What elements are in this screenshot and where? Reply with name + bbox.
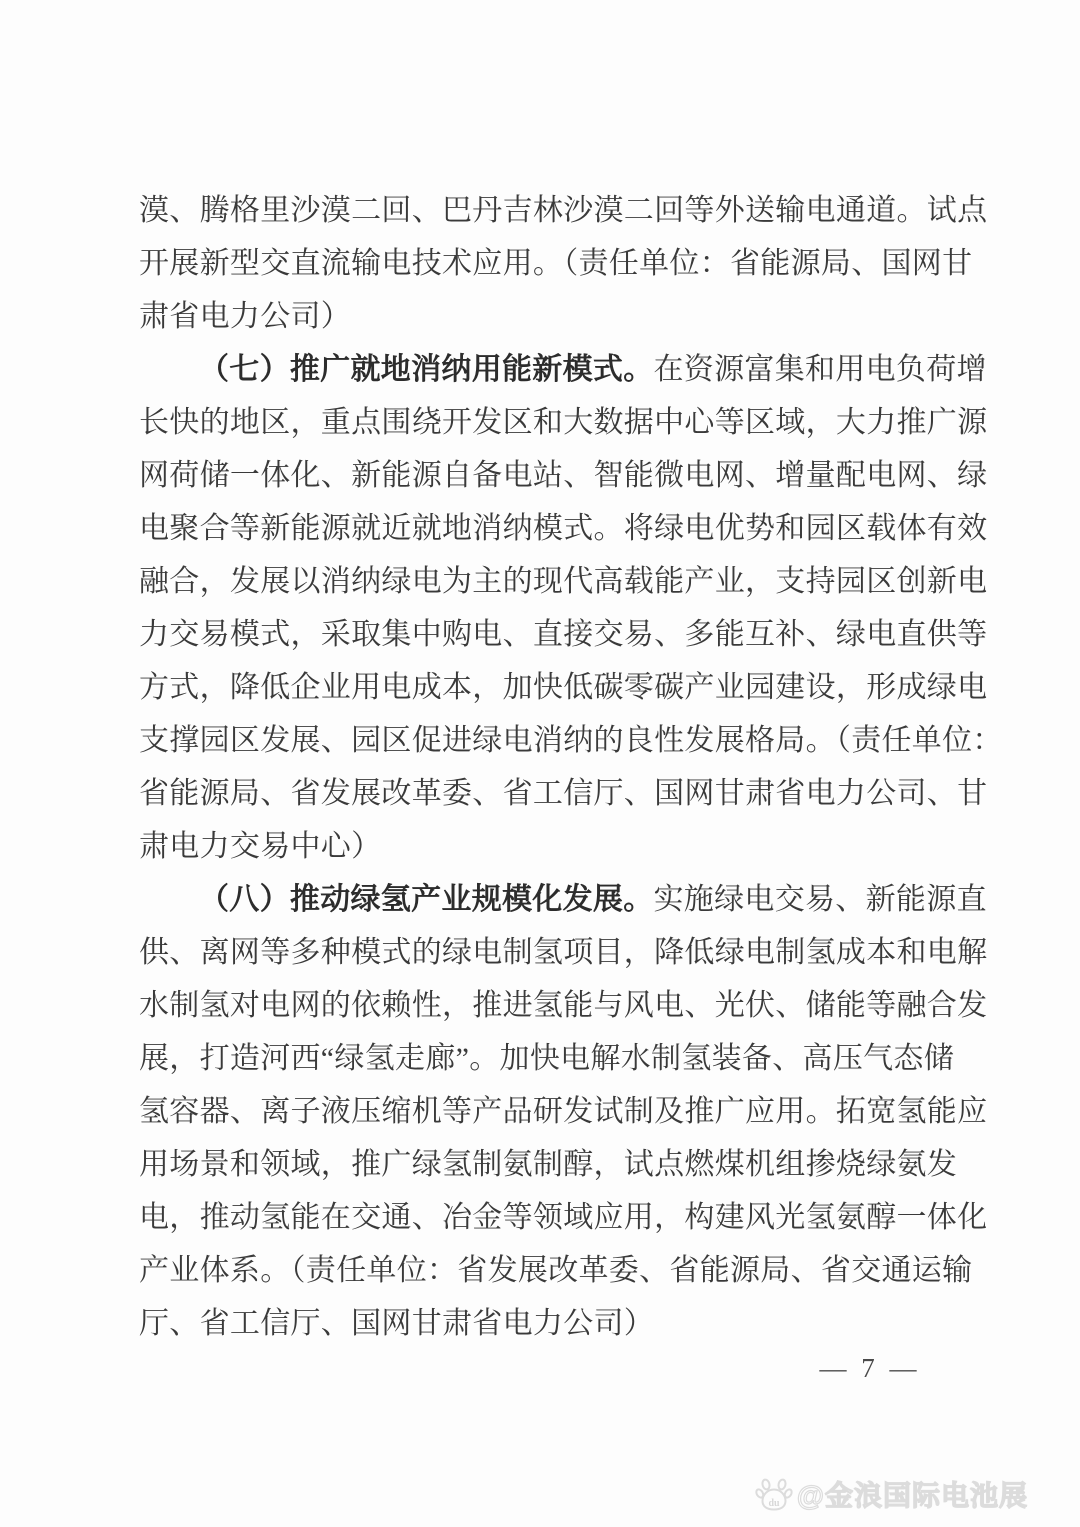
text-line: （八）推动绿氢产业规模化发展。实施绿电交易、新能源直 xyxy=(139,873,942,926)
text-line: 长快的地区，重点围绕开发区和大数据中心等区域，大力推广源 xyxy=(139,396,942,449)
paragraph-continuation: 漠、腾格里沙漠二回、巴丹吉林沙漠二回等外送输电通道。试点 开展新型交直流输电技术… xyxy=(139,184,942,343)
paragraph-section-8: （八）推动绿氢产业规模化发展。实施绿电交易、新能源直 供、离网等多种模式的绿电制… xyxy=(139,873,942,1350)
watermark: du @金浪国际电池展 xyxy=(755,1474,1028,1514)
text-line: 漠、腾格里沙漠二回、巴丹吉林沙漠二回等外送输电通道。试点 xyxy=(139,184,942,237)
document-page: 漠、腾格里沙漠二回、巴丹吉林沙漠二回等外送输电通道。试点 开展新型交直流输电技术… xyxy=(0,0,1080,1527)
paw-icon-label: du xyxy=(768,1498,780,1509)
text-line: 网荷储一体化、新能源自备电站、智能微电网、增量配电网、绿 xyxy=(139,449,942,502)
text-line: 融合，发展以消纳绿电为主的现代高载能产业，支持园区创新电 xyxy=(139,555,942,608)
text-line: 电，推动氢能在交通、冶金等领域应用，构建风光氢氨醇一体化 xyxy=(139,1191,942,1244)
text-line: 肃电力交易中心） xyxy=(139,820,942,873)
baidu-paw-icon: du xyxy=(755,1475,793,1513)
text-line: 厅、省工信厅、国网甘肃省电力公司） xyxy=(139,1297,942,1350)
text-line: （七）推广就地消纳用能新模式。在资源富集和用电负荷增 xyxy=(139,343,942,396)
section-8-heading: （八）推动绿氢产业规模化发展。 xyxy=(199,883,654,916)
text-line: 开展新型交直流输电技术应用。（责任单位：省能源局、国网甘 xyxy=(139,237,942,290)
section-8-lead-rest: 实施绿电交易、新能源直 xyxy=(654,883,987,916)
text-line: 用场景和领域，推广绿氢制氨制醇，试点燃煤机组掺烧绿氨发 xyxy=(139,1138,942,1191)
text-line: 力交易模式，采取集中购电、直接交易、多能互补、绿电直供等 xyxy=(139,608,942,661)
text-line: 电聚合等新能源就近就地消纳模式。将绿电优势和园区载体有效 xyxy=(139,502,942,555)
text-line: 方式，降低企业用电成本，加快低碳零碳产业园建设，形成绿电 xyxy=(139,661,942,714)
text-line: 支撑园区发展、园区促进绿电消纳的良性发展格局。（责任单位： xyxy=(139,714,942,767)
text-line: 省能源局、省发展改革委、省工信厅、国网甘肃省电力公司、甘 xyxy=(139,767,942,820)
section-7-heading: （七）推广就地消纳用能新模式。 xyxy=(199,353,654,386)
paragraph-section-7: （七）推广就地消纳用能新模式。在资源富集和用电负荷增 长快的地区，重点围绕开发区… xyxy=(139,343,942,873)
document-body: 漠、腾格里沙漠二回、巴丹吉林沙漠二回等外送输电通道。试点 开展新型交直流输电技术… xyxy=(139,184,942,1350)
text-line: 肃省电力公司） xyxy=(139,290,942,343)
page-number: — 7 — xyxy=(790,1350,950,1386)
text-line: 展，打造河西“绿氢走廊”。加快电解水制氢装备、高压气态储 xyxy=(139,1032,942,1085)
text-line: 水制氢对电网的依赖性，推进氢能与风电、光伏、储能等融合发 xyxy=(139,979,942,1032)
section-7-lead-rest: 在资源富集和用电负荷增 xyxy=(654,353,987,386)
watermark-text: @金浪国际电池展 xyxy=(797,1474,1028,1514)
text-line: 氢容器、离子液压缩机等产品研发试制及推广应用。拓宽氢能应 xyxy=(139,1085,942,1138)
text-line: 产业体系。（责任单位：省发展改革委、省能源局、省交通运输 xyxy=(139,1244,942,1297)
text-line: 供、离网等多种模式的绿电制氢项目，降低绿电制氢成本和电解 xyxy=(139,926,942,979)
